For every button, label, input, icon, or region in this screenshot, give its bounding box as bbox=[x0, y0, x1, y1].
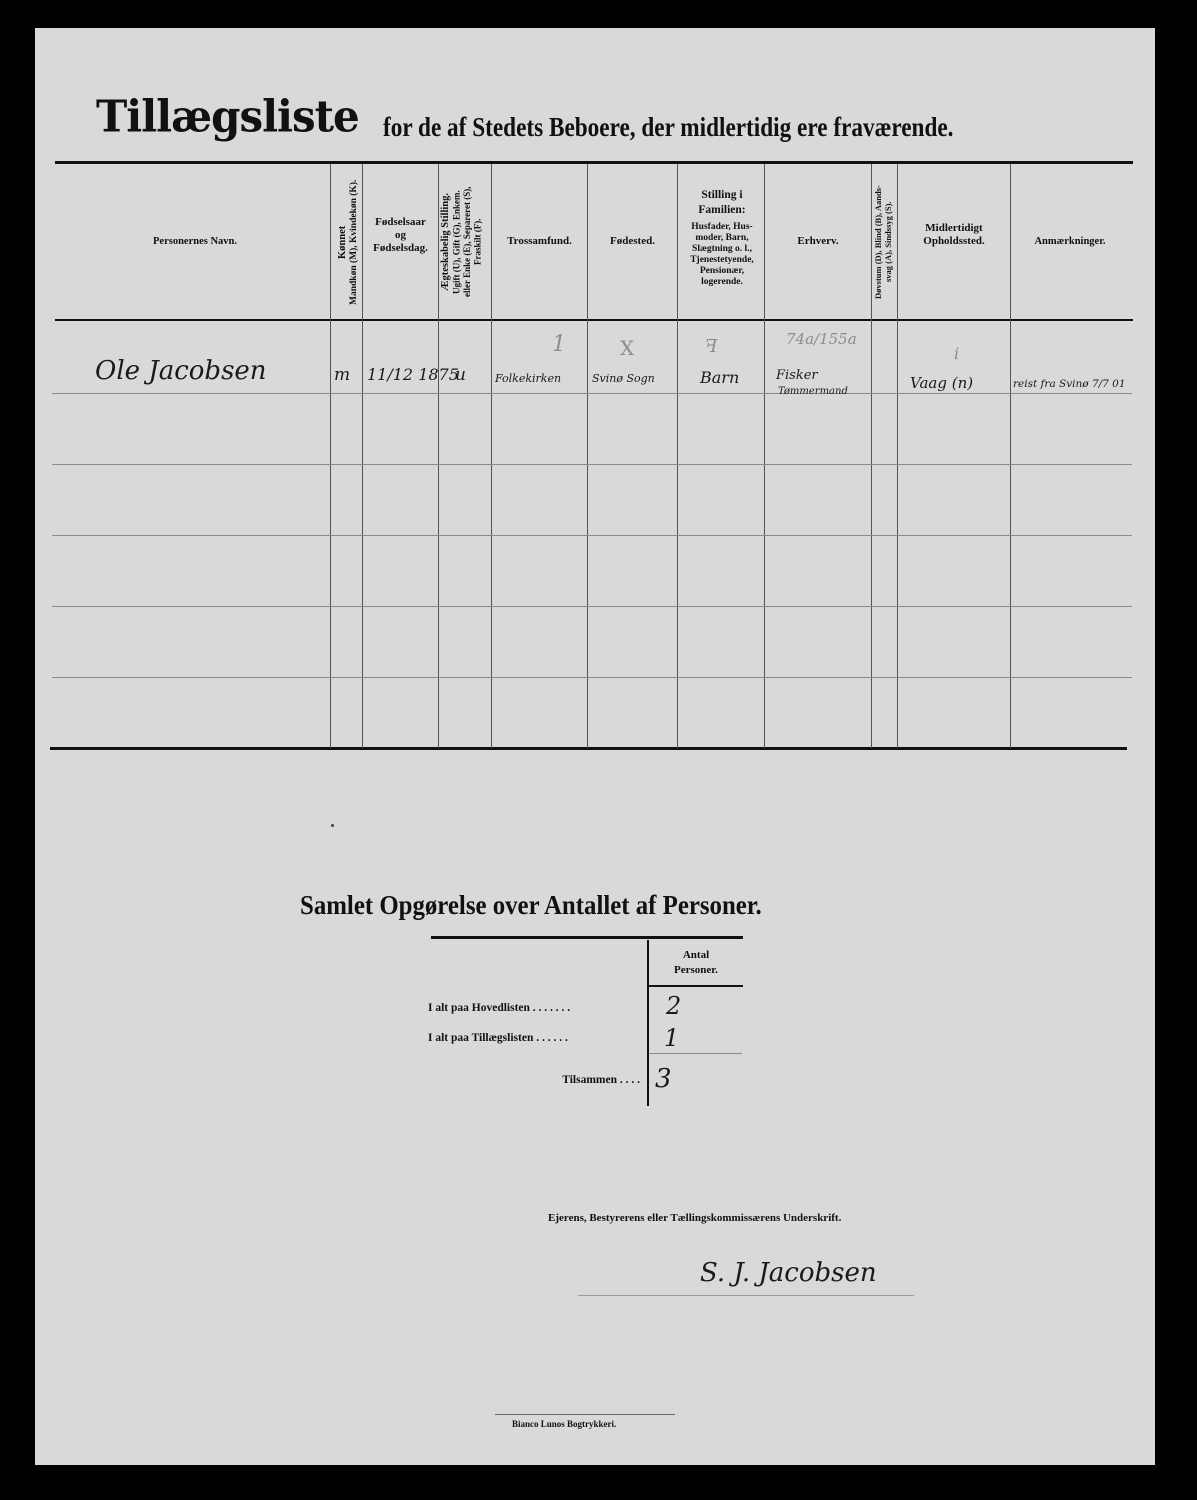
row-rule bbox=[52, 677, 1132, 678]
summary-col-header-line1: Antal bbox=[650, 948, 742, 963]
ink-dot bbox=[331, 824, 334, 827]
header-marital-line1: Ægteskabelig Stilling. bbox=[440, 193, 451, 291]
summary-header-rule bbox=[649, 985, 743, 987]
col-divider bbox=[677, 164, 678, 748]
form-title: Tillægsliste bbox=[96, 95, 359, 139]
header-sex-line2: Mandkøn (M), Kvindekøn (K). bbox=[349, 179, 359, 304]
header-marital: Ægteskabelig Stilling. Ugift (U), Gift (… bbox=[441, 168, 489, 316]
signature-line bbox=[578, 1295, 914, 1296]
cell-marital: u bbox=[455, 365, 466, 385]
cell-religion-mark: 1 bbox=[552, 332, 566, 357]
summary-top-rule bbox=[431, 936, 743, 939]
subtitle-text: for de af Stedets Beboere, der midlertid… bbox=[383, 112, 833, 142]
row-rule bbox=[52, 606, 1132, 607]
summary-col-header: Antal Personer. bbox=[650, 948, 742, 978]
cell-remarks: reist fra Svinø 7/7 01 bbox=[1013, 378, 1126, 390]
summary-label-hovedlisten: I alt paa Hovedlisten . . . . . . . bbox=[428, 1002, 640, 1014]
header-birth: Fødselsaar og Fødselsdag. bbox=[363, 210, 438, 260]
header-religion: Trossamfund. bbox=[492, 164, 587, 319]
header-sex: Kønnet Mandkøn (M), Kvindekøn (K). bbox=[337, 168, 361, 316]
summary-value-total: 3 bbox=[655, 1064, 672, 1094]
row-rule bbox=[52, 535, 1132, 536]
cell-birthplace: Svinø Sogn bbox=[592, 372, 655, 385]
summary-title: Samlet Opgørelse over Antallet af Person… bbox=[300, 890, 762, 921]
header-remarks: Anmærkninger. bbox=[1011, 164, 1129, 319]
header-disability-line2: svag (A), Sindssyg (S). bbox=[883, 202, 893, 283]
header-family-position: Stilling i Familien: Husfader, Hus-moder… bbox=[680, 188, 764, 308]
col-divider bbox=[871, 164, 872, 748]
signature: S. J. Jacobsen bbox=[700, 1258, 877, 1288]
cell-family-position: Barn bbox=[700, 368, 739, 387]
header-disability: Døvstum (D), Blind (B), Aands- svag (A),… bbox=[873, 166, 897, 318]
cell-sex: m bbox=[334, 365, 350, 385]
signature-caption: Ejerens, Bestyrerens eller Tællingskommi… bbox=[548, 1212, 841, 1224]
row-rule bbox=[52, 393, 1132, 394]
header-birthplace: Fødested. bbox=[588, 164, 677, 319]
cell-temp-residence: Vaag (n) bbox=[910, 374, 973, 392]
header-bottom-rule bbox=[55, 319, 1133, 321]
cell-name: Ole Jacobsen bbox=[95, 356, 267, 386]
col-divider bbox=[330, 164, 331, 748]
header-marital-line4: Fraskilt (F). bbox=[473, 219, 483, 266]
header-family-sub: Husfader, Hus-moder, Barn, Slægtning o. … bbox=[680, 222, 764, 288]
header-sex-line1: Kønnet bbox=[337, 225, 348, 258]
summary-subtotal-rule bbox=[649, 1053, 742, 1054]
cell-occupation-line2: Tømmermand bbox=[778, 386, 848, 397]
header-birth-line1: Fødselsaar bbox=[375, 216, 426, 229]
summary-value-hovedlisten: 2 bbox=[666, 992, 681, 1020]
col-divider bbox=[897, 164, 898, 748]
header-birth-line2: og bbox=[395, 229, 406, 242]
summary-label-total: Tilsammen . . . . bbox=[500, 1074, 640, 1086]
cell-birth: 11/12 1875 bbox=[367, 365, 459, 384]
table-bottom-rule bbox=[50, 747, 1127, 750]
cell-occupation: Fisker bbox=[776, 368, 818, 383]
summary-label-tillaegslisten: I alt paa Tillægslisten . . . . . . bbox=[428, 1032, 640, 1044]
col-divider bbox=[438, 164, 439, 748]
cell-family-position-mark: ꟻ bbox=[705, 336, 718, 357]
header-family-line1: Stilling i bbox=[701, 188, 742, 203]
header-marital-line2: Ugift (U), Gift (G), Enkem. bbox=[452, 190, 462, 294]
cell-temp-residence-mark: i bbox=[954, 344, 959, 363]
header-temp-line1: Midlertidigt bbox=[925, 222, 982, 235]
header-occupation: Erhverv. bbox=[765, 164, 871, 319]
summary-divider bbox=[647, 940, 649, 1106]
header-family-line2: Familien: bbox=[698, 203, 745, 218]
summary-value-tillaegslisten: 1 bbox=[664, 1024, 679, 1052]
printer-imprint: Bianco Lunos Bogtrykkeri. bbox=[512, 1419, 616, 1429]
row-rule bbox=[52, 464, 1132, 465]
summary-col-header-line2: Personer. bbox=[650, 963, 742, 978]
header-marital-line3: eller Enke (E), Separeret (S), bbox=[462, 187, 472, 297]
cell-religion: Folkekirken bbox=[495, 372, 561, 385]
header-temp-line2: Opholdssted. bbox=[923, 235, 984, 248]
cell-occupation-code: 74a/155a bbox=[786, 330, 857, 348]
header-disability-line1: Døvstum (D), Blind (B), Aands- bbox=[873, 185, 883, 299]
cell-birthplace-mark: X bbox=[620, 336, 634, 360]
printer-rule bbox=[495, 1414, 675, 1415]
header-name: Personernes Navn. bbox=[60, 164, 330, 319]
header-temp-residence: Midlertidigt Opholdssted. bbox=[898, 220, 1010, 250]
subtitle-bold: fraværende. bbox=[833, 112, 953, 142]
header-birth-line3: Fødselsdag. bbox=[373, 242, 428, 255]
form-subtitle: for de af Stedets Beboere, der midlertid… bbox=[383, 112, 954, 143]
